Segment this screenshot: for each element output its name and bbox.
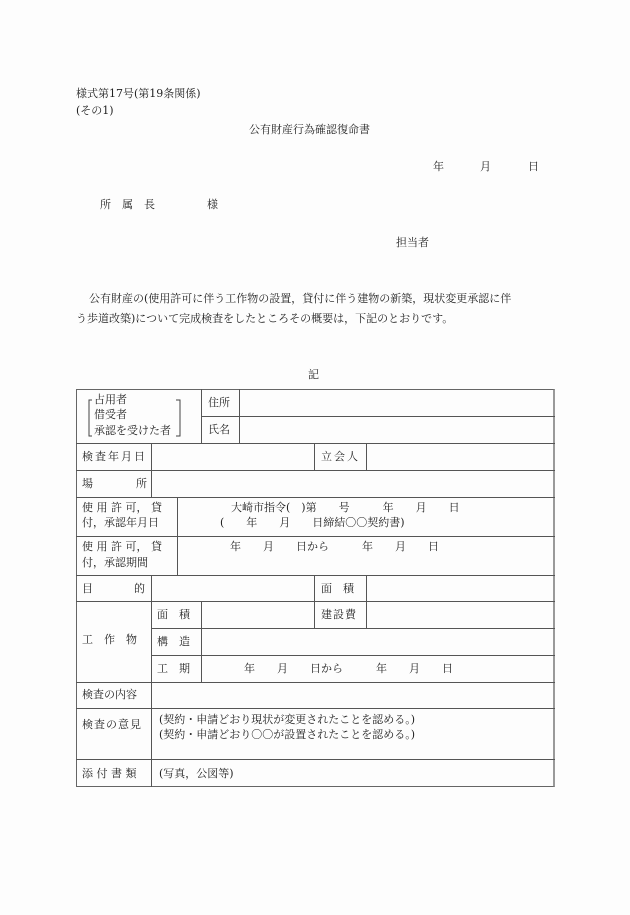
date-day: 日 [528,160,539,174]
permit-period-value: 年 月 日から 年 月 日 [230,540,439,554]
label-permit-date-2: 付，承認年月日 [82,516,159,530]
row-divider [201,416,555,417]
ki-heading: 記 [308,368,319,382]
label-area: 面 積 [321,582,354,596]
label-approved-party: 承認を受けた者 [94,424,171,438]
inspection-opinion-1: (契約・申請どおり現状が変更されたことを認める。) [159,713,415,727]
label-structure-build: 構 造 [157,635,190,649]
row-divider [76,759,555,760]
col-divider [177,497,178,575]
date-year: 年 [433,160,444,174]
row-divider [76,708,555,709]
inspection-opinion-2: (契約・申請どおり〇〇が設置されたことを認める。) [159,728,415,742]
honorific: 様 [207,198,218,212]
date-month: 月 [480,160,491,174]
label-construction-period: 工 期 [157,662,190,676]
page-title: 公有財産行為確認復命書 [249,123,370,137]
attachments-value: (写真，公図等) [159,767,234,781]
label-witness: 立会人 [321,450,360,464]
label-construction-cost: 建設費 [321,608,357,622]
construction-period-value: 年 月 日から 年 月 日 [244,662,453,676]
label-occupant: 占用者 [94,393,127,407]
area-field[interactable] [368,577,553,600]
label-borrower: 借受者 [94,408,127,422]
row-divider [151,655,555,656]
col-divider [151,443,152,497]
purpose-field[interactable] [153,577,313,600]
label-permit-date-1: 使 用 許 可， 貸 [82,501,162,515]
col-divider [366,443,367,470]
label-permit-period-1: 使 用 許 可， 貸 [82,540,162,554]
row-divider [76,470,555,471]
permit-date-value-2: ( 年 月 日締結〇〇契約書) [220,516,405,530]
addressee: 所 属 長 [100,198,155,212]
label-address: 住所 [208,396,230,410]
label-inspection-date: 検査年月日 [82,450,147,464]
col-divider [314,443,315,470]
col-divider [314,575,315,628]
row-divider [76,601,555,602]
construction-cost-field[interactable] [368,603,553,627]
label-inspection-opinion: 検査の意見 [82,718,142,732]
paragraph-line-2: う歩道改築)について完成検査をしたところその概要は，下記のとおりです。 [76,312,453,326]
sub-number: (その1) [76,104,114,118]
structure-build-field[interactable] [203,630,553,654]
row-divider [76,575,555,576]
form-number: 様式第17号(第19条関係) [76,87,201,101]
row-divider [76,497,555,498]
inspection-content-field[interactable] [153,684,553,707]
permit-date-value-1: 大崎市指令( )第 号 年 月 日 [231,501,460,515]
row-divider [76,443,555,444]
paragraph-line-1: 公有財産の(使用許可に伴う工作物の設置，貸付に伴う建物の新築，現状変更承認に伴 [89,292,511,306]
col-divider [201,389,202,443]
label-structure-area: 面 積 [157,608,190,622]
name-field[interactable] [241,418,553,442]
label-location-1: 場 [82,477,93,491]
col-divider [201,601,202,682]
col-divider [239,389,240,443]
inspection-date-field[interactable] [153,445,313,469]
label-inspection-content: 検査の内容 [82,688,137,702]
col-divider [151,575,152,787]
row-divider [76,682,555,683]
label-name: 氏名 [208,423,230,437]
row-divider [76,536,555,537]
row-divider [151,628,555,629]
label-purpose-1: 目 [82,582,93,596]
address-field[interactable] [241,391,553,415]
label-structure: 工 作 物 [82,633,137,647]
label-purpose-2: 的 [134,582,145,596]
label-location-2: 所 [136,477,147,491]
person-in-charge: 担当者 [396,236,429,250]
col-divider [366,575,367,628]
label-attachments: 添 付 書 類 [82,767,137,781]
label-permit-period-2: 付，承認期間 [82,556,148,570]
location-field[interactable] [153,472,553,496]
witness-field[interactable] [368,445,553,469]
structure-area-field[interactable] [203,603,313,627]
